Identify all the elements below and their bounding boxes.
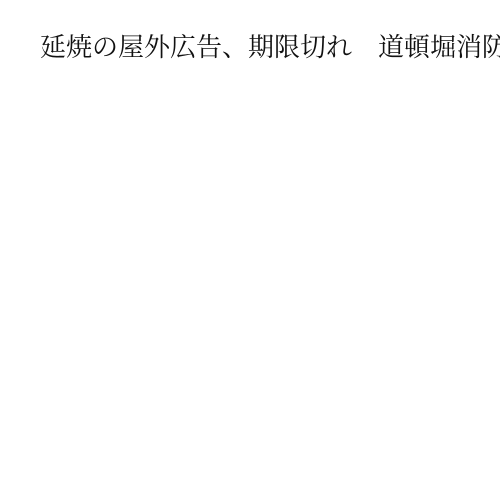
headline: 延焼の屋外広告、期限切れ 道頓堀消防 bbox=[40, 33, 500, 64]
page: 延焼の屋外広告、期限切れ 道頓堀消防 bbox=[0, 0, 500, 500]
